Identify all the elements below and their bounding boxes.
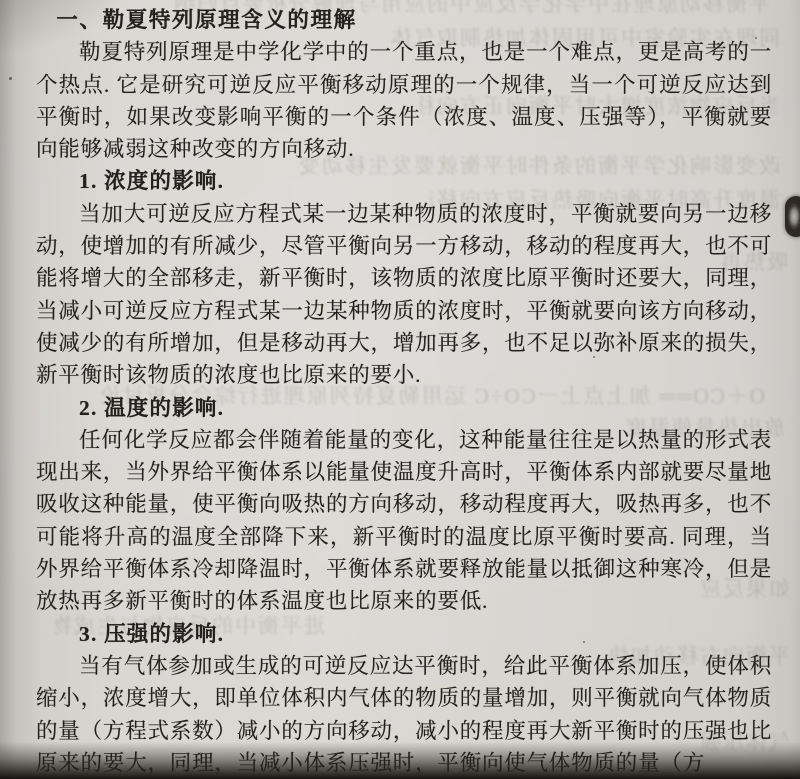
subsection-1-title: 1. 浓度的影响. — [36, 165, 772, 197]
subsection-3-title: 3. 压强的影响. — [36, 618, 772, 650]
page-text: 一、勒夏特列原理含义的理解 勒夏特列原理是中学化学中的一个重点，也是一个难点，更… — [0, 0, 800, 779]
subsection-3-body: 当有气体参加或生成的可逆反应达平衡时，给此平衡体系加压，使体积缩小，浓度增大，即… — [36, 650, 772, 779]
scanned-textbook-page: 平衡移动原理在中学化学反应中的应用与理解分析要点归纳 同理在实验室中可用固体加热… — [0, 0, 800, 779]
binder-mark — [785, 196, 800, 237]
intro-paragraph: 勒夏特列原理是中学化学中的一个重点，也是一个难点，更是高考的一个热点. 它是研究… — [36, 36, 772, 165]
subsection-2-title: 2. 温度的影响. — [36, 392, 772, 424]
subsection-2-body: 任何化学反应都会伴随着能量的变化，这种能量往往是以热量的形式表现出来，当外界给平… — [36, 424, 772, 618]
subsection-1-body: 当加大可逆反应方程式某一边某种物质的浓度时，平衡就要向另一边移动，使增加的有所减… — [36, 198, 772, 392]
section-heading: 一、勒夏特列原理含义的理解 — [36, 4, 772, 36]
